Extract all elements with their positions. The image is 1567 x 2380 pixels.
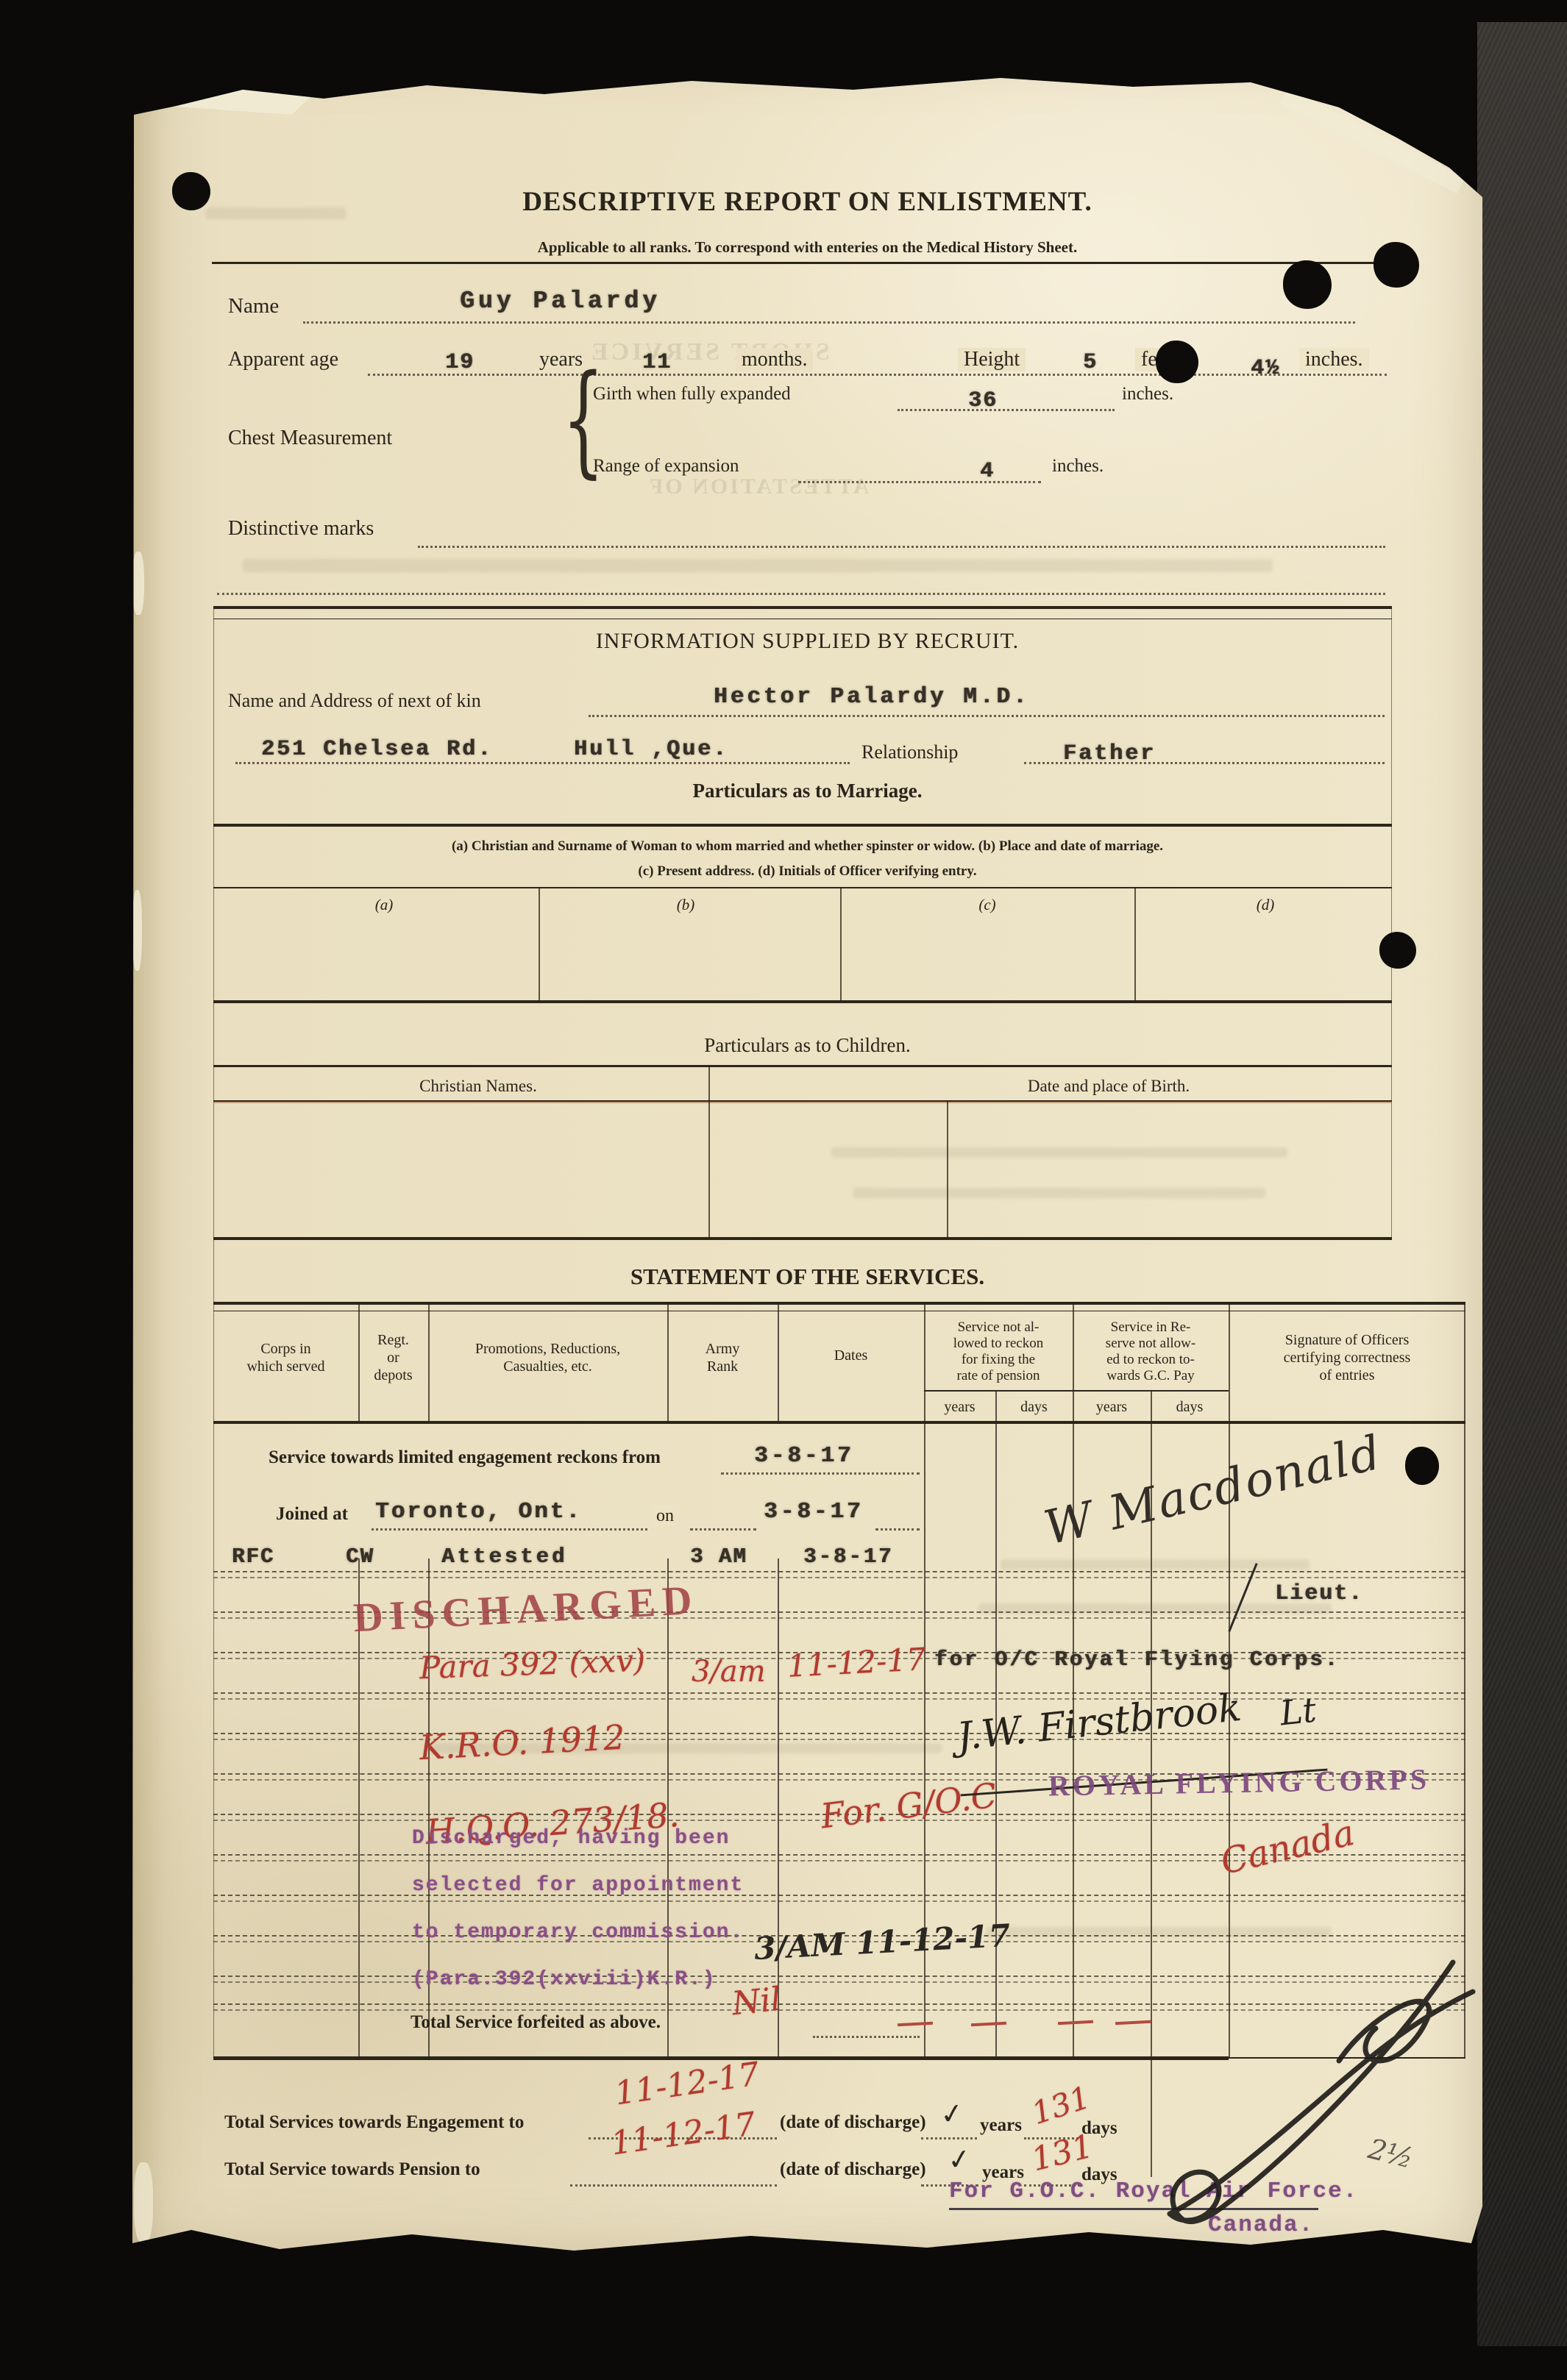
marriage-note1: (a) Christian and Surname of Woman to wh… (132, 838, 1482, 855)
services-top-rule2 (213, 1311, 1465, 1311)
forfeited-line (813, 2034, 920, 2038)
services-divider (428, 1302, 430, 1421)
services-title: STATEMENT OF THE SERVICES. (132, 1264, 1482, 1290)
pension-date: 11-12-17 (608, 2105, 758, 2162)
engagement-check: ✓ (938, 2096, 966, 2131)
forfeited-nil: Nil (731, 1981, 783, 2023)
officer-signature: W Macdonald (1040, 1425, 1387, 1556)
row-rule (213, 1895, 1465, 1902)
row-event-value: Attested (441, 1544, 567, 1569)
header-rule (212, 262, 1389, 264)
joined-place-value: Toronto, Ont. (375, 1499, 582, 1525)
officer-rank-value: Lieut. (1275, 1581, 1363, 1606)
reserve-days-label: days (1151, 1399, 1229, 1416)
children-title: Particulars as to Children. (132, 1034, 1482, 1057)
red-dash (898, 2022, 933, 2027)
services-divider (1229, 1302, 1230, 2058)
scanned-document-photo: SHORT SERVICE ATTESTATION OF DESCRIPTIVE… (0, 0, 1567, 2380)
torn-edge-top-left (153, 66, 322, 115)
age-months-value: 11 (642, 350, 672, 375)
row-regt-value: CW (346, 1544, 374, 1569)
children-col-names: Christian Names. (331, 1077, 625, 1096)
joined-at-label: Joined at (276, 1504, 348, 1525)
joined-on-label: on (652, 1506, 678, 1526)
discharge-note: Discharged, having been selected for app… (412, 1815, 744, 2003)
kin-line (589, 713, 1385, 717)
marriage-col-b: (b) (612, 896, 759, 914)
recruit-section-title: INFORMATION SUPPLIED BY RECRUIT. (132, 629, 1482, 654)
pension-discharge-label: (date of discharge) (780, 2159, 926, 2180)
reckons-date-value: 3-8-17 (754, 1443, 854, 1469)
marriage-col-a: (a) (310, 896, 458, 914)
services-divider (667, 1302, 669, 1421)
expansion-label: Range of expansion (593, 456, 739, 477)
pension-check: ✓ (945, 2142, 973, 2177)
ghost-text-attestation: ATTESTATION OF (647, 474, 869, 499)
right-margin-line (1391, 606, 1392, 1239)
reckons-line (721, 1471, 920, 1475)
countersignature-rank: Lt (1278, 1690, 1318, 1734)
engagement-years-label: years (980, 2115, 1022, 2136)
punch-hole (1405, 1447, 1439, 1485)
ghost-smudge (1001, 1559, 1310, 1570)
services-header-promotions: Promotions, Reductions, Casualties, etc. (428, 1340, 667, 1375)
age-line (368, 372, 1387, 376)
pension-days-label: days (995, 1399, 1073, 1416)
section-rule-thin (213, 619, 1392, 619)
marriage-divider (539, 887, 540, 1000)
height-feet-value: 5 (1083, 350, 1098, 375)
engagement-date: 11-12-17 (612, 2055, 761, 2112)
enlistment-form-page: SHORT SERVICE ATTESTATION OF DESCRIPTIVE… (132, 44, 1482, 2258)
services-header-regt: Regt. or depots (358, 1331, 428, 1384)
row-rule (213, 1733, 1465, 1740)
subheader-rule (924, 1390, 1229, 1392)
joined-line3 (875, 1527, 920, 1531)
children-top-rule (213, 1065, 1392, 1067)
children-header-rule (213, 1100, 1392, 1102)
next-of-kin-value: Hector Palardy M.D. (714, 684, 1029, 710)
chest-measurement-label: Chest Measurement (228, 427, 392, 450)
punch-hole (172, 172, 210, 210)
apparent-age-label: Apparent age (228, 348, 338, 371)
para-ref-note: Para 392 (xxv) (419, 1642, 646, 1686)
torn-edge-left-chip1 (132, 552, 144, 615)
expansion-value: 4 (980, 459, 995, 484)
pension-line1 (570, 2183, 777, 2187)
binding-fabric-strip (1477, 22, 1567, 2346)
services-header-bottom-rule (213, 1421, 1465, 1424)
engagement-label: Total Services towards Engagement to (224, 2112, 524, 2133)
age-years-value: 19 (445, 350, 475, 375)
joined-date-value: 3-8-17 (764, 1499, 864, 1525)
torn-edge-left-chip2 (132, 890, 142, 971)
kin-city-value: Hull ,Que. (574, 737, 728, 762)
row-rank-value: 3 AM (690, 1544, 747, 1569)
note-annotation: 3/AM 11-12-17 (753, 1917, 1012, 1967)
marriage-header-rule (213, 887, 1392, 888)
red-dash (971, 2022, 1006, 2027)
girth-unit-label: inches. (1122, 384, 1173, 405)
canada-script: Canada (1217, 1812, 1358, 1883)
kr-ref-note: K.R.O. 1912 (419, 1717, 626, 1768)
forfeited-label: Total Service forfeited as above. (411, 2012, 661, 2033)
months-unit-label: months. (736, 348, 813, 371)
marriage-col-c: (c) (914, 896, 1061, 914)
children-col-birth: Date and place of Birth. (925, 1077, 1293, 1096)
inches-unit-label: inches. (1299, 348, 1369, 371)
punch-hole (1379, 932, 1416, 969)
children-bottom-rule (213, 1237, 1392, 1240)
kin-address-value: 251 Chelsea Rd. (261, 737, 493, 762)
signature-scrawl (1081, 1949, 1486, 2228)
expansion-unit-label: inches. (1052, 456, 1104, 477)
name-line (303, 320, 1355, 324)
services-outer-right (1464, 1302, 1465, 2058)
services-header-rank: Army Rank (667, 1340, 778, 1375)
services-divider (778, 1302, 779, 1421)
row-rule (213, 1571, 1465, 1578)
joined-line2 (690, 1527, 756, 1531)
marks-line2 (217, 591, 1385, 595)
punch-hole (1374, 242, 1419, 288)
marks-line1 (418, 544, 1385, 548)
page-title: DESCRIPTIVE REPORT ON ENLISTMENT. (132, 186, 1482, 218)
address-line2 (1024, 760, 1385, 764)
row-date-value: 3-8-17 (803, 1544, 893, 1569)
torn-edge-top-right (1280, 88, 1465, 193)
ghost-smudge (853, 1188, 1265, 1198)
row-corps-value: RFC (232, 1544, 274, 1569)
pension-label: Total Service towards Pension to (224, 2159, 480, 2180)
marriage-title: Particulars as to Marriage. (132, 780, 1482, 802)
rfc-stamp: ROYAL FLYING CORPS (1048, 1761, 1430, 1803)
pension-years-label: years (924, 1399, 995, 1416)
services-header-pension: Service not al- lowed to reckon for fixi… (924, 1319, 1073, 1384)
joined-line1 (372, 1527, 647, 1531)
torn-edge-bottom-left (134, 2162, 153, 2243)
marriage-col-d: (d) (1192, 896, 1339, 914)
services-divider (358, 1302, 360, 1421)
services-header-reserve: Service in Re- serve not allow- ed to re… (1073, 1319, 1229, 1384)
girth-line (898, 407, 1115, 411)
para-rank-note: 3/am (692, 1655, 766, 1689)
reserve-years-label: years (1073, 1399, 1151, 1416)
height-label: Height (958, 348, 1026, 371)
for-goc-note: For. G/O.C (819, 1775, 999, 1836)
next-of-kin-label: Name and Address of next of kin (228, 690, 481, 712)
discharged-stamp: DISCHARGED (352, 1577, 700, 1642)
marriage-divider (1134, 887, 1136, 1000)
section-rule-heavy (213, 606, 1392, 609)
services-header-corps: Corps in which served (213, 1340, 358, 1375)
distinctive-marks-label: Distinctive marks (228, 517, 374, 541)
girth-value: 36 (968, 388, 998, 413)
children-divider (708, 1065, 710, 1237)
reckons-label: Service towards limited engagement recko… (269, 1447, 661, 1468)
marriage-top-rule (213, 824, 1392, 827)
engagement-discharge-label: (date of discharge) (780, 2112, 926, 2133)
para-date-note: 11-12-17 (786, 1641, 927, 1684)
name-label: Name (228, 294, 279, 318)
marriage-note2: (c) Present address. (d) Initials of Off… (132, 863, 1482, 880)
services-top-rule (213, 1302, 1465, 1305)
ink-blot (1283, 260, 1332, 309)
ghost-smudge (831, 1147, 1287, 1158)
marriage-bottom-rule (213, 1000, 1392, 1003)
page-subtitle: Applicable to all ranks. To correspond w… (132, 238, 1482, 257)
relationship-label: Relationship (857, 741, 962, 763)
marriage-divider (840, 887, 842, 1000)
ghost-smudge (243, 559, 1273, 572)
height-inches-value: 4½ (1251, 356, 1280, 381)
expansion-line (798, 480, 1041, 483)
engagement-line2 (921, 2136, 977, 2139)
address-line1 (235, 760, 850, 764)
for-oc-line: for O/C Royal Flying Corps. (934, 1647, 1340, 1672)
services-header-signature: Signature of Officers certifying correct… (1229, 1331, 1465, 1384)
name-value: Guy Palardy (460, 288, 661, 315)
services-divider (1073, 1302, 1074, 2058)
services-header-dates: Dates (778, 1347, 924, 1364)
girth-label: Girth when fully expanded (593, 384, 791, 405)
children-divider (947, 1102, 948, 1237)
ink-blot (1156, 341, 1198, 383)
